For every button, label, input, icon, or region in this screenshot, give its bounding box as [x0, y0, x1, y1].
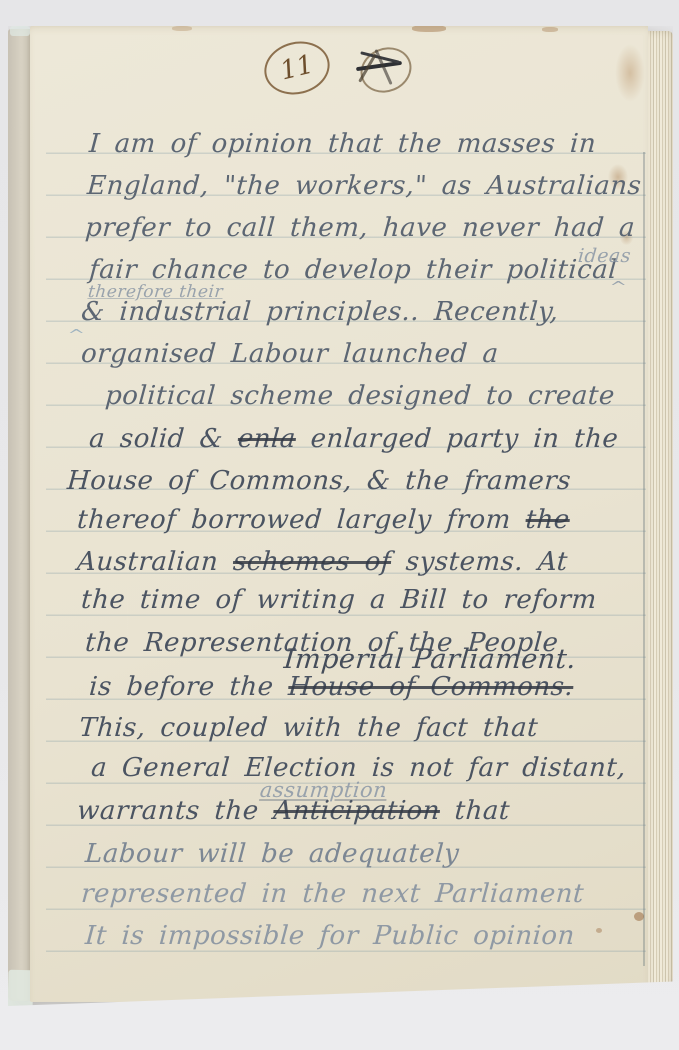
handwritten-text: a solid & [88, 424, 239, 454]
notebook-page: 11 I am of opinion that the masses in En… [30, 26, 648, 1002]
handwritten-text: that [439, 796, 511, 826]
handwritten-text: This, coupled with the fact that [78, 713, 539, 743]
handwritten-text: political scheme designed to create [104, 381, 616, 411]
handwritten-text: enlarged party in the [295, 424, 620, 454]
manuscript-line: represented in the next Parliament [80, 877, 585, 911]
crossed-out-number-scribble [352, 46, 414, 92]
manuscript-line: organised Labour launched a [80, 337, 500, 371]
manuscript-line: political scheme designed to create [104, 379, 616, 413]
notebook: 11 I am of opinion that the masses in En… [8, 26, 673, 1006]
handwritten-text: organised Labour launched a [80, 339, 499, 369]
manuscript-photo: 11 I am of opinion that the masses in En… [0, 0, 679, 1050]
caret-mark: ^ [609, 278, 627, 296]
handwritten-text: Australian [76, 547, 234, 577]
foxing-stain [596, 928, 602, 933]
handwritten-text: fair chance to develop their political [88, 255, 618, 285]
struck-text: enla [237, 424, 297, 454]
manuscript-line: thereof borrowed largely from the [76, 503, 571, 537]
handwritten-text: thereof borrowed largely from [76, 505, 527, 535]
handwritten-text: warrants the [76, 796, 274, 826]
manuscript-line: is before the House of Commons. [88, 670, 575, 704]
page-number: 11 [277, 49, 316, 86]
manuscript-line: I am of opinion that the masses in [88, 127, 597, 161]
handwritten-text: & industrial principles.. Recently, [80, 297, 559, 327]
foxing-stain [172, 26, 192, 31]
manuscript-line: a solid & enla enlarged party in the [88, 422, 620, 456]
foxing-stain [412, 26, 446, 32]
handwritten-text: prefer to call them, have never had a [84, 213, 636, 243]
struck-text: schemes of [232, 547, 392, 577]
handwritten-text: the time of writing a Bill to reform [80, 585, 598, 615]
handwritten-text: Labour will be adequately [84, 839, 460, 869]
manuscript-line: prefer to call them, have never had a [84, 211, 636, 245]
handwritten-text: House of Commons, & the framers [66, 466, 572, 496]
manuscript-line: the time of writing a Bill to reform [80, 583, 598, 617]
manuscript-line: England, "the workers," as Australians [86, 169, 643, 203]
struck-text: Anticipation [272, 796, 441, 826]
margin-rule [643, 152, 645, 966]
handwritten-text: I am of opinion that the masses in [88, 129, 597, 159]
foxing-stain [542, 27, 558, 32]
binding-edge [8, 29, 31, 1001]
struck-text: House of Commons. [287, 672, 574, 702]
manuscript-line: & industrial principles.. Recently, [80, 295, 560, 329]
manuscript-line: warrants the Anticipation that [76, 794, 511, 828]
foxing-stain [615, 44, 645, 102]
page-number-circle: 11 [259, 35, 336, 101]
manuscript-line: This, coupled with the fact that [78, 711, 539, 745]
manuscript-line: Labour will be adequately [84, 837, 460, 871]
handwritten-text: It is impossible for Public opinion [84, 921, 576, 951]
insertion-text: ideas [577, 245, 632, 267]
handwritten-text: England, "the workers," as Australians [86, 171, 642, 201]
manuscript-line: It is impossible for Public opinion [84, 919, 576, 953]
handwritten-text: systems. At [390, 547, 569, 577]
page-stack-edge [645, 31, 673, 993]
binding-tape [10, 26, 30, 36]
handwritten-text: is before the [88, 672, 289, 702]
manuscript-line: House of Commons, & the framers [66, 464, 572, 498]
struck-text: the [525, 505, 571, 535]
manuscript-line: Australian schemes of systems. At [76, 545, 569, 579]
handwritten-text: represented in the next Parliament [80, 879, 585, 909]
